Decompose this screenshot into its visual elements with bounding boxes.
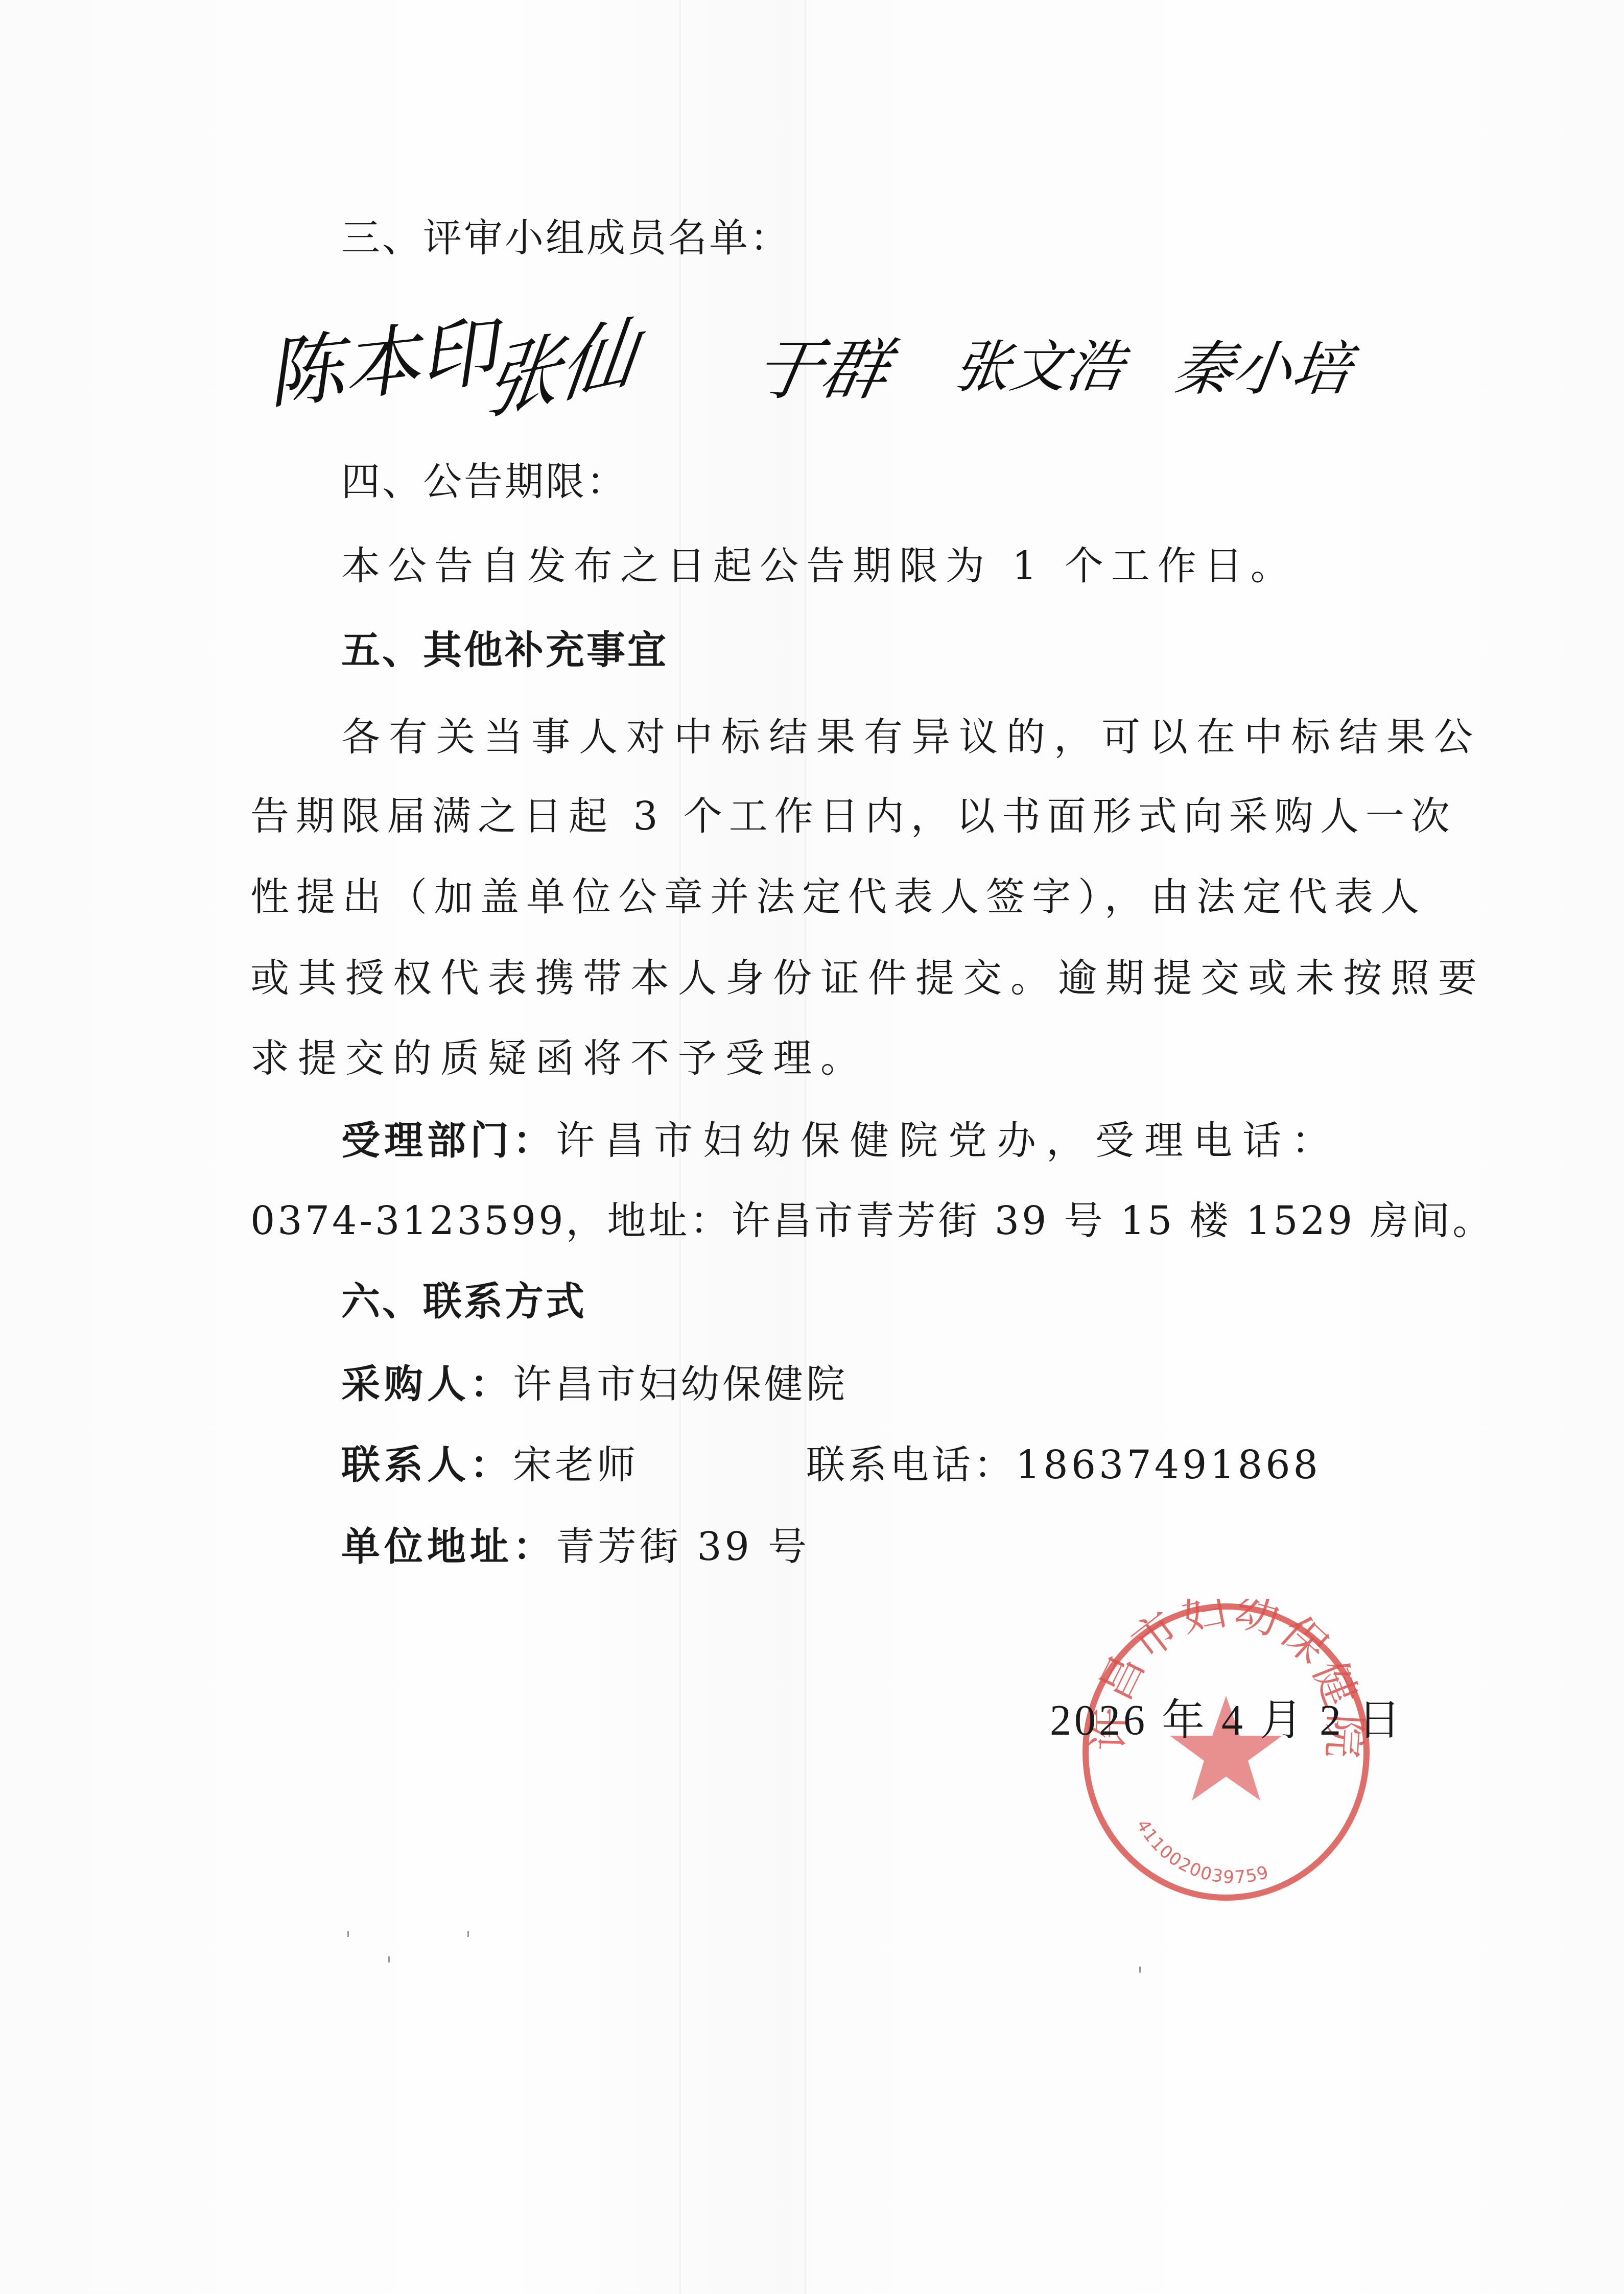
paragraph-line: 性提出（加盖单位公章并法定代表人签字），由法定代表人 (250, 878, 1426, 916)
purchaser-line: 采购人：许昌市妇幼保健院 (341, 1365, 848, 1404)
dept-value: 许昌市妇幼保健院党办，受理电话： (556, 1118, 1340, 1163)
section-5-heading: 五、其他补充事宜 (341, 631, 668, 670)
official-seal-icon: 许昌市妇幼保健院 4110020039759 (1075, 1599, 1377, 1905)
scan-speck (467, 1931, 469, 1937)
address-value: 青芳街 39 号 (556, 1524, 810, 1569)
phone-line: 联系电话：18637491868 (806, 1446, 1321, 1484)
signature-5: 秦小培 (1169, 322, 1357, 406)
address-label: 单位地址： (341, 1524, 556, 1569)
paragraph-line: 各有关当事人对中标结果有异议的，可以在中标结果公 (341, 718, 1481, 756)
signature-3: 于群 (748, 317, 898, 412)
paragraph-line: 或其授权代表携带本人身份证件提交。逾期提交或未按照要 (250, 959, 1486, 998)
dept-address-line: 0374-3123599，地址：许昌市青芳街 39 号 15 楼 1529 房间… (250, 1201, 1494, 1240)
phone-label: 联系电话： (806, 1442, 1016, 1487)
paragraph-line: 求提交的质疑函将不予受理。 (250, 1039, 868, 1078)
purchaser-value: 许昌市妇幼保健院 (513, 1361, 848, 1407)
scan-speck (1139, 1967, 1141, 1973)
signature-4: 张文浩 (950, 322, 1129, 403)
dept-label: 受理部门： (341, 1118, 556, 1163)
scan-speck (347, 1931, 349, 1937)
phone-value: 18637491868 (1016, 1442, 1321, 1487)
section-3-heading: 三、评审小组成员名单： (341, 219, 791, 257)
contact-label: 联系人： (341, 1442, 513, 1487)
scan-speck (388, 1956, 390, 1962)
paragraph-line: 告期限届满之日起 3 个工作日内，以书面形式向采购人一次 (250, 797, 1456, 836)
purchaser-label: 采购人： (341, 1361, 513, 1407)
document-page: 三、评审小组成员名单： 陈本印 张仙 于群 张文浩 秦小培 四、公告期限： 本公… (0, 0, 1624, 2294)
notice-period-text: 本公告自发布之日起公告期限为 1 个工作日。 (341, 547, 1297, 585)
dept-line: 受理部门：许昌市妇幼保健院党办，受理电话： (341, 1121, 1340, 1160)
document-date: 2026 年 4 月 2 日 (1050, 1686, 1404, 1747)
address-line: 单位地址：青芳街 39 号 (341, 1527, 810, 1566)
signature-2: 张仙 (479, 288, 645, 436)
contact-line: 联系人：宋老师 (341, 1446, 639, 1484)
contact-value: 宋老师 (513, 1442, 639, 1487)
section-6-heading: 六、联系方式 (341, 1282, 586, 1321)
signature-1: 陈本印 (261, 290, 501, 423)
section-4-heading: 四、公告期限： (341, 462, 627, 501)
